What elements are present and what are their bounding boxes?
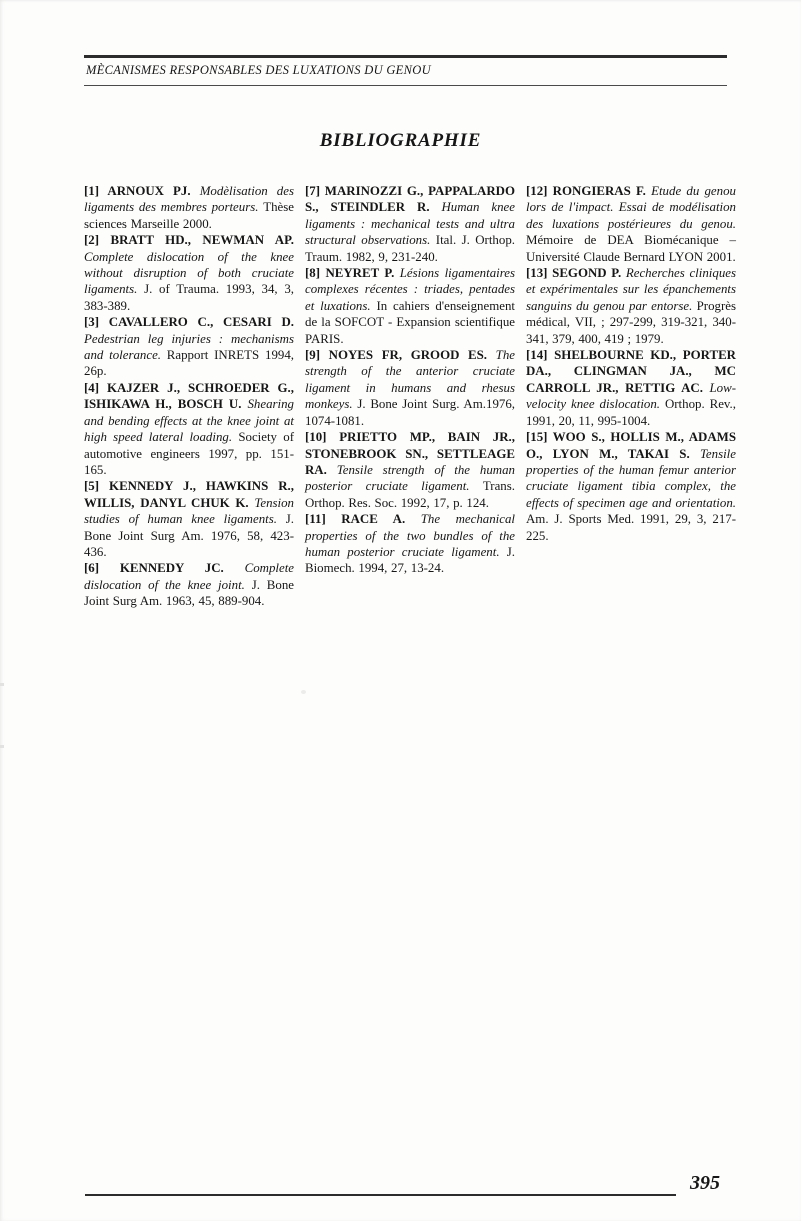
page-title: BIBLIOGRAPHIE	[0, 130, 801, 152]
scan-artifact	[301, 690, 306, 694]
reference-number-and-authors: [2] BRATT HD., NEWMAN AP.	[84, 233, 294, 247]
reference-source: Mémoire de DEA Biomécanique – Université…	[526, 233, 736, 263]
reference-number-and-authors: [12] RONGIERAS F.	[526, 184, 651, 198]
page-number: 395	[690, 1172, 720, 1195]
reference-number-and-authors: [9] NOYES FR, GROOD ES.	[305, 348, 496, 362]
reference-entry: [14] SHELBOURNE KD., PORTER DA., CLINGMA…	[526, 347, 736, 429]
scan-artifact	[0, 683, 4, 686]
reference-entry: [13] SEGOND P. Recherches cliniques et e…	[526, 265, 736, 347]
reference-entry: [7] MARINOZZI G., PAPPALARDO S., STEINDL…	[305, 183, 515, 265]
bibliography-columns: [1] ARNOUX PJ. Modèlisation des ligament…	[84, 183, 736, 610]
reference-entry: [8] NEYRET P. Lésions ligamentaires comp…	[305, 265, 515, 347]
footer-rule	[85, 1194, 676, 1196]
ref-column-1: [1] ARNOUX PJ. Modèlisation des ligament…	[84, 183, 294, 610]
reference-entry: [11] RACE A. The mechanical properties o…	[305, 511, 515, 577]
reference-entry: [12] RONGIERAS F. Etude du genou lors de…	[526, 183, 736, 265]
reference-number-and-authors: [8] NEYRET P.	[305, 266, 400, 280]
reference-entry: [10] PRIETTO MP., BAIN JR., STONEBROOK S…	[305, 429, 515, 511]
reference-number-and-authors: [6] KENNEDY JC.	[84, 561, 245, 575]
reference-entry: [2] BRATT HD., NEWMAN AP. Complete dislo…	[84, 232, 294, 314]
reference-entry: [3] CAVALLERO C., CESARI D. Pedestrian l…	[84, 314, 294, 380]
reference-entry: [1] ARNOUX PJ. Modèlisation des ligament…	[84, 183, 294, 232]
reference-entry: [9] NOYES FR, GROOD ES. The strength of …	[305, 347, 515, 429]
reference-number-and-authors: [3] CAVALLERO C., CESARI D.	[84, 315, 294, 329]
running-header: MÈCANISMES RESPONSABLES DES LUXATIONS DU…	[84, 55, 727, 86]
ref-column-3: [12] RONGIERAS F. Etude du genou lors de…	[526, 183, 736, 544]
reference-entry: [5] KENNEDY J., HAWKINS R., WILLIS, DANY…	[84, 478, 294, 560]
reference-entry: [6] KENNEDY JC. Complete dislocation of …	[84, 560, 294, 609]
scanned-page: MÈCANISMES RESPONSABLES DES LUXATIONS DU…	[0, 0, 801, 1221]
reference-entry: [4] KAJZER J., SCHROEDER G., ISHIKAWA H.…	[84, 380, 294, 478]
scan-artifact	[0, 745, 4, 748]
reference-number-and-authors: [13] SEGOND P.	[526, 266, 626, 280]
reference-number-and-authors: [14] SHELBOURNE KD., PORTER DA., CLINGMA…	[526, 348, 736, 395]
ref-column-2: [7] MARINOZZI G., PAPPALARDO S., STEINDL…	[305, 183, 515, 577]
reference-source: Am. J. Sports Med. 1991, 29, 3, 217-225.	[526, 512, 736, 542]
reference-number-and-authors: [11] RACE A.	[305, 512, 421, 526]
reference-entry: [15] WOO S., HOLLIS M., ADAMS O., LYON M…	[526, 429, 736, 544]
reference-number-and-authors: [1] ARNOUX PJ.	[84, 184, 200, 198]
